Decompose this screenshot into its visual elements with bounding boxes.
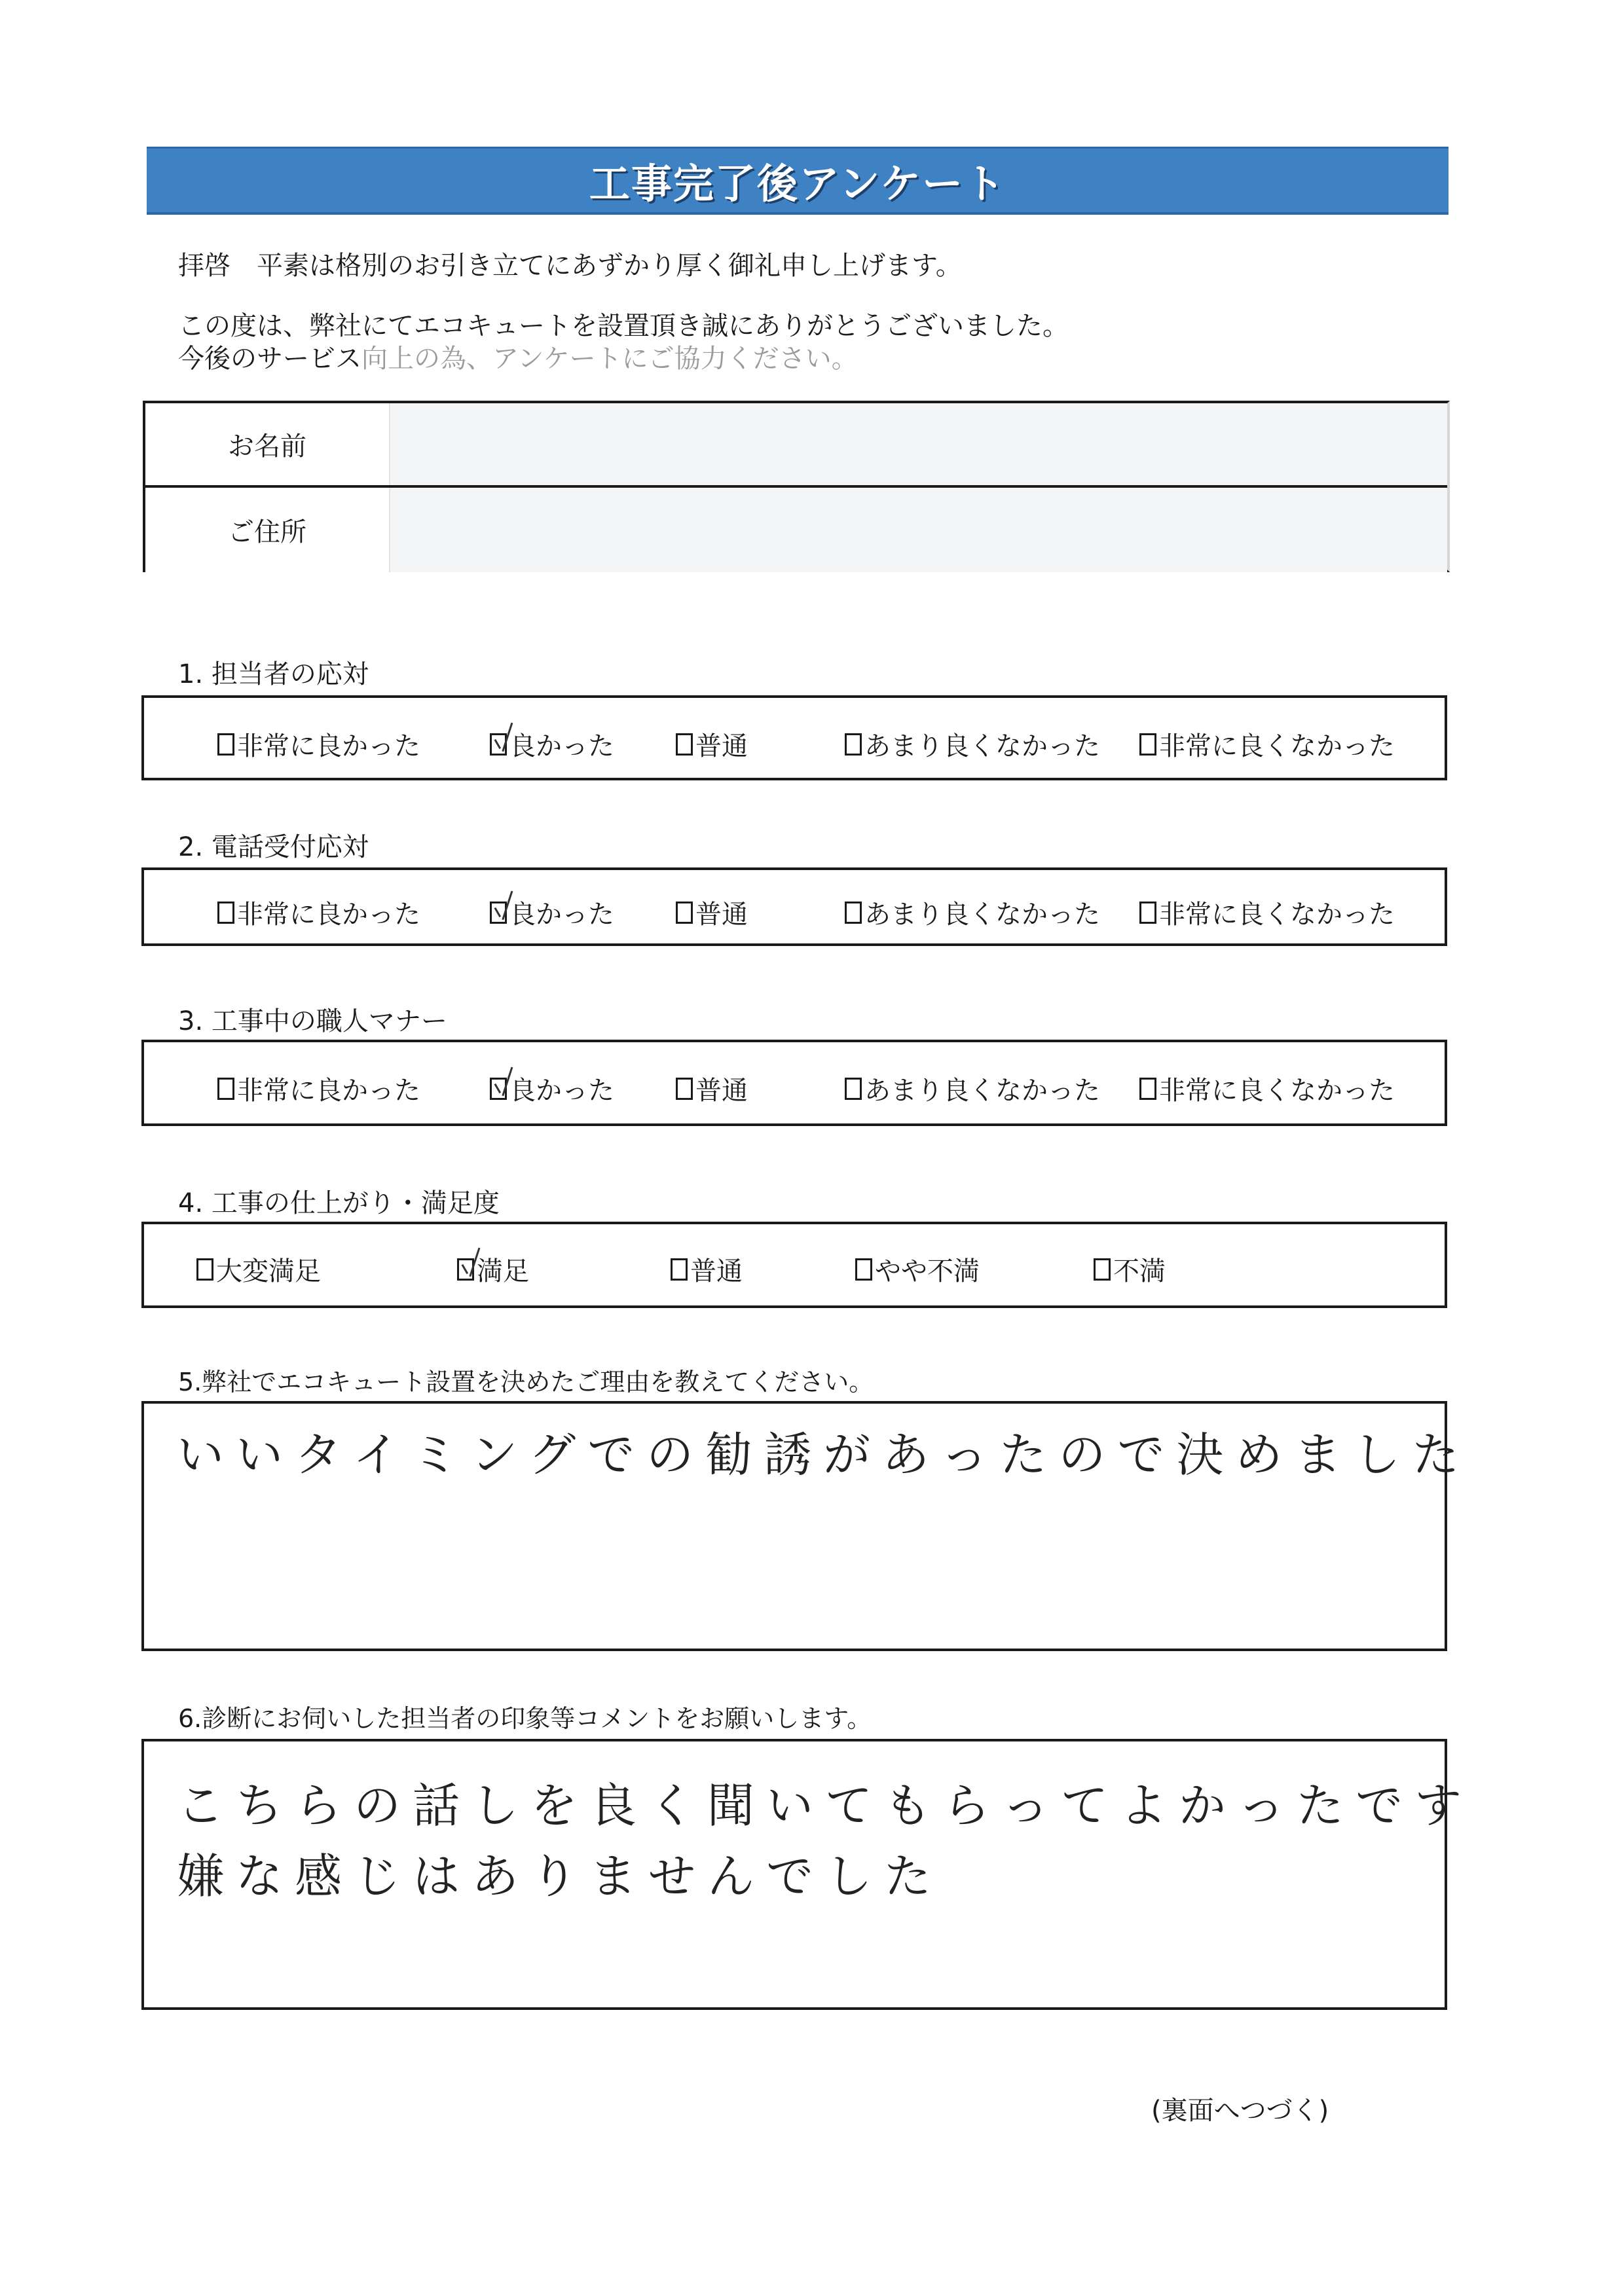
q1-option-normal[interactable]: 普通	[676, 725, 748, 763]
checkbox-icon[interactable]	[196, 1258, 213, 1281]
greeting-line: 拝啓 平素は格別のお引き立てにあずかり厚く御礼申し上げます。	[178, 250, 962, 282]
request-line-b: 向上の為、アンケートにご協力ください。	[361, 344, 858, 374]
title-banner: 工事完了後アンケート	[147, 147, 1449, 215]
q4-option-dissatisfied[interactable]: 不満	[1094, 1250, 1166, 1288]
question-1-heading: 1. 担当者の応対	[178, 653, 369, 691]
question-2-options: 非常に良かった 良かった 普通 あまり良くなかった 非常に良くなかった	[141, 867, 1447, 946]
address-row: ご住所	[145, 488, 1447, 572]
address-label: ご住所	[145, 488, 389, 572]
checkbox-icon[interactable]	[845, 733, 862, 756]
q2-option-very-good[interactable]: 非常に良かった	[217, 894, 420, 931]
question-3-options: 非常に良かった 良かった 普通 あまり良くなかった 非常に良くなかった	[141, 1040, 1447, 1126]
checked-checkbox-icon[interactable]	[490, 733, 507, 756]
checkbox-icon[interactable]	[217, 902, 234, 924]
q4-option-normal[interactable]: 普通	[671, 1250, 743, 1288]
q1-option-very-good[interactable]: 非常に良かった	[217, 725, 420, 763]
question-6-answer-line-2: 嫌な感じはありませんでした	[177, 1838, 943, 1906]
q1-option-not-good[interactable]: あまり良くなかった	[845, 725, 1100, 763]
name-field[interactable]	[389, 403, 1447, 485]
q2-option-normal[interactable]: 普通	[676, 894, 748, 931]
checkbox-icon[interactable]	[676, 733, 693, 756]
name-label: お名前	[145, 403, 389, 485]
checkbox-icon[interactable]	[217, 1078, 234, 1100]
question-5-answer-box[interactable]: いいタイミングでの勧誘があったので決めました	[141, 1401, 1447, 1651]
question-2-heading: 2. 電話受付応対	[178, 826, 369, 864]
q3-option-very-bad[interactable]: 非常に良くなかった	[1139, 1070, 1395, 1107]
q4-option-satisfied[interactable]: 満足	[457, 1250, 529, 1288]
checkbox-icon[interactable]	[676, 902, 693, 924]
checkbox-icon[interactable]	[845, 902, 862, 924]
checkbox-icon[interactable]	[1139, 902, 1156, 924]
checkbox-icon[interactable]	[676, 1078, 693, 1100]
q3-option-not-good[interactable]: あまり良くなかった	[845, 1070, 1100, 1107]
question-6-heading: 6.診断にお伺いした担当者の印象等コメントをお願いします。	[178, 1698, 872, 1734]
q4-option-very-satisfied[interactable]: 大変満足	[196, 1250, 321, 1288]
q3-option-good[interactable]: 良かった	[490, 1070, 614, 1107]
checkbox-icon[interactable]	[1139, 1078, 1156, 1100]
question-3-heading: 3. 工事中の職人マナー	[178, 1000, 447, 1038]
q3-option-very-good[interactable]: 非常に良かった	[217, 1070, 420, 1107]
page-title: 工事完了後アンケート	[589, 151, 1006, 210]
question-6-answer-line-1: こちらの話しを良く聞いてもらってよかったです	[177, 1768, 1473, 1836]
checkbox-icon[interactable]	[217, 733, 234, 756]
customer-info-table: お名前 ご住所	[143, 401, 1450, 572]
request-line-a: 今後のサービス	[178, 344, 361, 374]
continued-on-back-note: (裏面へつづく)	[1151, 2090, 1329, 2127]
q2-option-good[interactable]: 良かった	[490, 894, 614, 931]
checked-checkbox-icon[interactable]	[490, 902, 507, 924]
checked-checkbox-icon[interactable]	[490, 1078, 507, 1100]
name-row: お名前	[145, 403, 1447, 488]
checkbox-icon[interactable]	[855, 1258, 872, 1281]
checkbox-icon[interactable]	[845, 1078, 862, 1100]
question-6-answer-box[interactable]: こちらの話しを良く聞いてもらってよかったです 嫌な感じはありませんでした	[141, 1739, 1447, 2010]
checked-checkbox-icon[interactable]	[457, 1258, 474, 1281]
q4-option-somewhat-dissatisfied[interactable]: やや不満	[855, 1250, 980, 1288]
question-4-options: 大変満足 満足 普通 やや不満 不満	[141, 1222, 1447, 1308]
question-4-heading: 4. 工事の仕上がり・満足度	[178, 1182, 500, 1220]
q2-option-not-good[interactable]: あまり良くなかった	[845, 894, 1100, 931]
question-1-options: 非常に良かった 良かった 普通 あまり良くなかった 非常に良くなかった	[141, 695, 1447, 780]
thanks-line: この度は、弊社にてエコキュートを設置頂き誠にありがとうございました。	[178, 310, 1069, 342]
checkbox-icon[interactable]	[671, 1258, 688, 1281]
q1-option-very-bad[interactable]: 非常に良くなかった	[1139, 725, 1395, 763]
checkbox-icon[interactable]	[1139, 733, 1156, 756]
address-field[interactable]	[389, 488, 1447, 572]
q1-option-good[interactable]: 良かった	[490, 725, 614, 763]
q2-option-very-bad[interactable]: 非常に良くなかった	[1139, 894, 1395, 931]
question-5-answer-line-1: いいタイミングでの勧誘があったので決めました	[177, 1417, 1471, 1485]
question-5-heading: 5.弊社でエコキュート設置を決めたご理由を教えてください。	[178, 1362, 874, 1398]
request-line: 今後のサービス向上の為、アンケートにご協力ください。	[178, 343, 858, 374]
checkbox-icon[interactable]	[1094, 1258, 1111, 1281]
q3-option-normal[interactable]: 普通	[676, 1070, 748, 1107]
